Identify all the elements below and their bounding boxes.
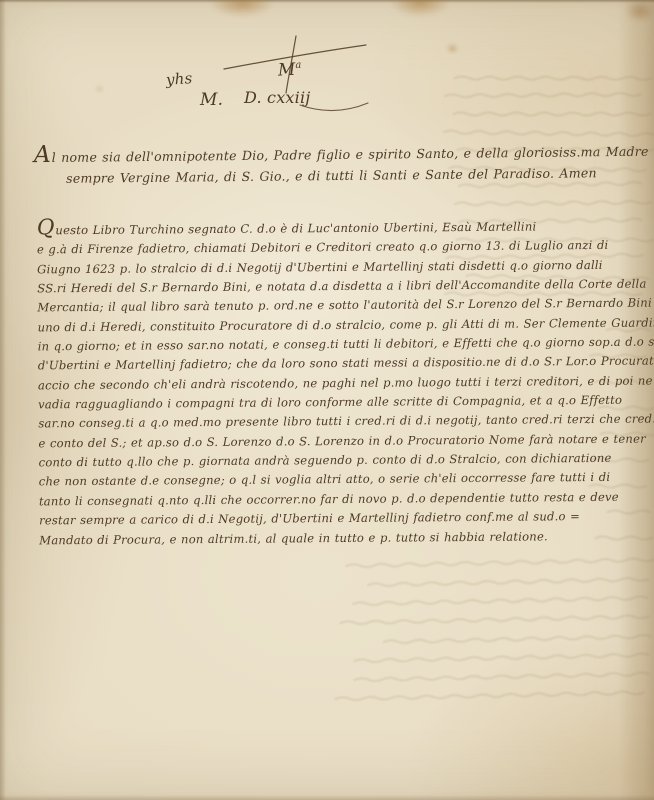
page-top-edge — [0, 0, 654, 3]
page-left-edge — [0, 0, 6, 800]
invocation-paragraph: Al nome sia dell'omnipotente Dio, Padre … — [34, 141, 638, 189]
body-paragraph: Questo Libro Turchino segnato C. d.o è d… — [37, 217, 646, 551]
manuscript-page: yhs Ma M. D. cxxiij Al nome sia dell'omn… — [0, 0, 654, 800]
flourish-swash-icon — [298, 100, 372, 118]
maria-monogram: Ma — [277, 59, 302, 80]
ihs-monogram: yhs — [165, 69, 193, 89]
manuscript-line: Mandato di Procura, e non altrim.ti, al … — [39, 526, 645, 550]
m-initial-mark: M. — [200, 90, 223, 110]
page-bottom-edge — [0, 795, 654, 800]
stain — [447, 44, 458, 53]
stain — [96, 86, 103, 92]
